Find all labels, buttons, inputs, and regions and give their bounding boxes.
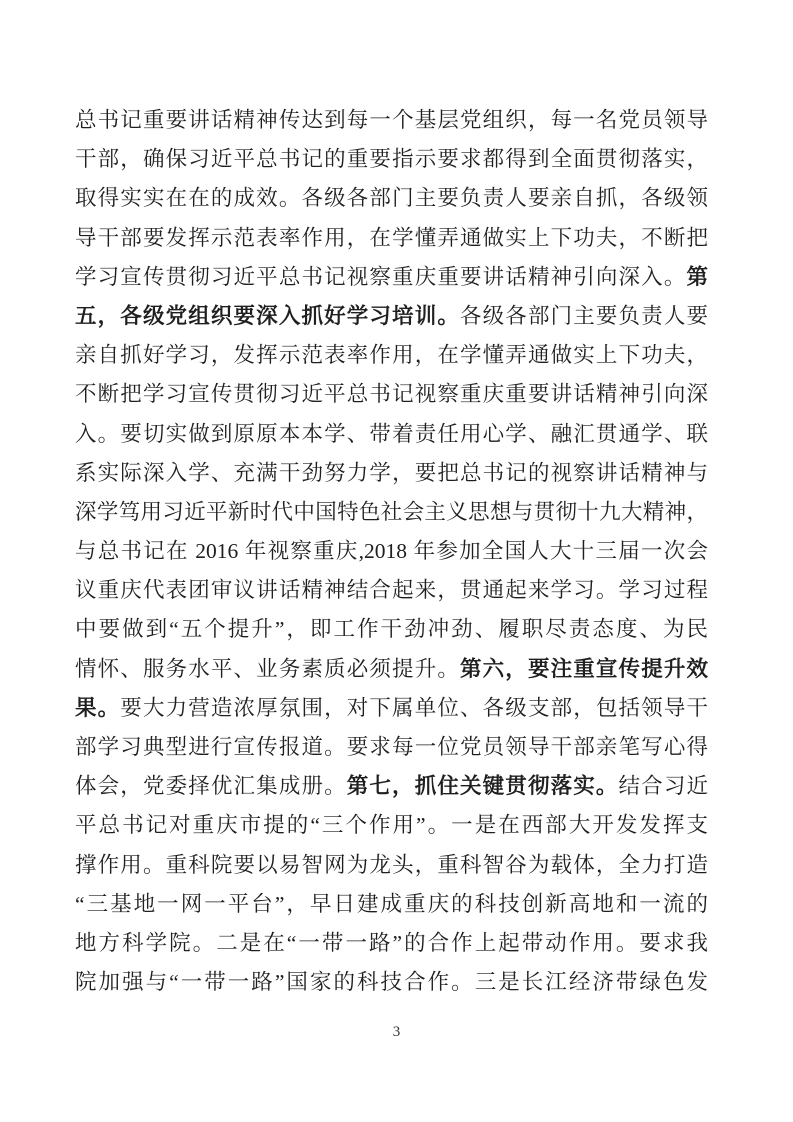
text-line: 部学习典型进行宣传报道。要求每一位党员领导干部亲笔写心得: [75, 728, 708, 767]
text-line: 亲自抓好学习，发挥示范表率作用，在学懂弄通做实上下功夫，: [75, 336, 708, 375]
text-run: 不断把学习宣传贯彻习近平总书记视察重庆重要讲话精神引向深: [75, 382, 708, 406]
text-line: 院加强与“一带一路”国家的科技合作。三是长江经济带绿色发: [75, 963, 708, 1002]
text-run: 中要做到“五个提升”，即工作干劲冲劲、履职尽责态度、为民: [75, 617, 708, 641]
text-line: “三基地一网一平台”，早日建成重庆的科技创新高地和一流的: [75, 885, 708, 924]
text-run: 平总书记对重庆市提的“三个作用”。一是在西部大开发发挥支: [75, 813, 708, 837]
document-page: 总书记重要讲话精神传达到每一个基层党组织，每一名党员领导干部，确保习近平总书记的…: [0, 0, 793, 1122]
text-line: 不断把学习宣传贯彻习近平总书记视察重庆重要讲话精神引向深: [75, 375, 708, 414]
text-line: 学习宣传贯彻习近平总书记视察重庆重要讲话精神引向深入。第: [75, 258, 708, 297]
bold-text-run: 果。: [75, 696, 120, 720]
text-run: 体会，党委择优汇集成册。: [75, 774, 347, 798]
document-body: 总书记重要讲话精神传达到每一个基层党组织，每一名党员领导干部，确保习近平总书记的…: [75, 101, 708, 1002]
text-run: 学习宣传贯彻习近平总书记视察重庆重要讲话精神引向深入。: [75, 265, 686, 289]
text-line: 取得实实在在的成效。各级各部门主要负责人要亲自抓，各级领: [75, 179, 708, 218]
text-line: 平总书记对重庆市提的“三个作用”。一是在西部大开发发挥支: [75, 806, 708, 845]
text-line: 五，各级党组织要深入抓好学习培训。各级各部门主要负责人要: [75, 297, 708, 336]
bold-text-run: 五，各级党组织要深入抓好学习培训。: [75, 304, 460, 328]
text-line: 系实际深入学、充满干劲努力学，要把总书记的视察讲话精神与: [75, 454, 708, 493]
text-line: 总书记重要讲话精神传达到每一个基层党组织，每一名党员领导: [75, 101, 708, 140]
text-run: 与总书记在 2016 年视察重庆,2018 年参加全国人大十三届一次会: [75, 539, 708, 563]
text-run: 系实际深入学、充满干劲努力学，要把总书记的视察讲话精神与: [75, 461, 708, 485]
text-run: “三基地一网一平台”，早日建成重庆的科技创新高地和一流的: [75, 892, 708, 916]
text-line: 与总书记在 2016 年视察重庆,2018 年参加全国人大十三届一次会: [75, 532, 708, 571]
text-run: 要大力营造浓厚氛围，对下属单位、各级支部，包括领导干: [120, 696, 708, 720]
page-number: 3: [0, 1022, 793, 1042]
text-run: 深学笃用习近平新时代中国特色社会主义思想与贯彻十九大精神，: [75, 500, 708, 524]
text-line: 深学笃用习近平新时代中国特色社会主义思想与贯彻十九大精神，: [75, 493, 708, 532]
text-run: 结合习近: [619, 774, 708, 798]
text-line: 情怀、服务水平、业务素质必须提升。第六，要注重宣传提升效: [75, 650, 708, 689]
text-run: 情怀、服务水平、业务素质必须提升。: [75, 657, 460, 681]
text-line: 体会，党委择优汇集成册。第七，抓住关键贯彻落实。结合习近: [75, 767, 708, 806]
text-line: 导干部要发挥示范表率作用，在学懂弄通做实上下功夫，不断把: [75, 219, 708, 258]
text-run: 各级各部门主要负责人要: [460, 304, 708, 328]
text-run: 地方科学院。二是在“一带一路”的合作上起带动作用。要求我: [75, 931, 708, 955]
bold-text-run: 第七，抓住关键贯彻落实。: [347, 774, 619, 798]
text-run: 总书记重要讲话精神传达到每一个基层党组织，每一名党员领导: [75, 108, 708, 132]
text-line: 议重庆代表团审议讲话精神结合起来，贯通起来学习。学习过程: [75, 571, 708, 610]
text-run: 亲自抓好学习，发挥示范表率作用，在学懂弄通做实上下功夫，: [75, 343, 708, 367]
text-run: 干部，确保习近平总书记的重要指示要求都得到全面贯彻落实，: [75, 147, 708, 171]
text-run: 院加强与“一带一路”国家的科技合作。三是长江经济带绿色发: [75, 970, 708, 994]
text-run: 入。要切实做到原原本本学、带着责任用心学、融汇贯通学、联: [75, 422, 708, 446]
text-run: 部学习典型进行宣传报道。要求每一位党员领导干部亲笔写心得: [75, 735, 708, 759]
text-run: 撑作用。重科院要以易智网为龙头，重科智谷为载体，全力打造: [75, 853, 708, 877]
text-line: 地方科学院。二是在“一带一路”的合作上起带动作用。要求我: [75, 924, 708, 963]
text-line: 入。要切实做到原原本本学、带着责任用心学、融汇贯通学、联: [75, 415, 708, 454]
text-line: 中要做到“五个提升”，即工作干劲冲劲、履职尽责态度、为民: [75, 610, 708, 649]
text-run: 议重庆代表团审议讲话精神结合起来，贯通起来学习。学习过程: [75, 578, 708, 602]
text-line: 果。要大力营造浓厚氛围，对下属单位、各级支部，包括领导干: [75, 689, 708, 728]
text-line: 干部，确保习近平总书记的重要指示要求都得到全面贯彻落实，: [75, 140, 708, 179]
text-run: 导干部要发挥示范表率作用，在学懂弄通做实上下功夫，不断把: [75, 226, 708, 250]
text-run: 取得实实在在的成效。各级各部门主要负责人要亲自抓，各级领: [75, 186, 708, 210]
bold-text-run: 第: [686, 265, 708, 289]
bold-text-run: 第六，要注重宣传提升效: [460, 657, 708, 681]
text-line: 撑作用。重科院要以易智网为龙头，重科智谷为载体，全力打造: [75, 846, 708, 885]
